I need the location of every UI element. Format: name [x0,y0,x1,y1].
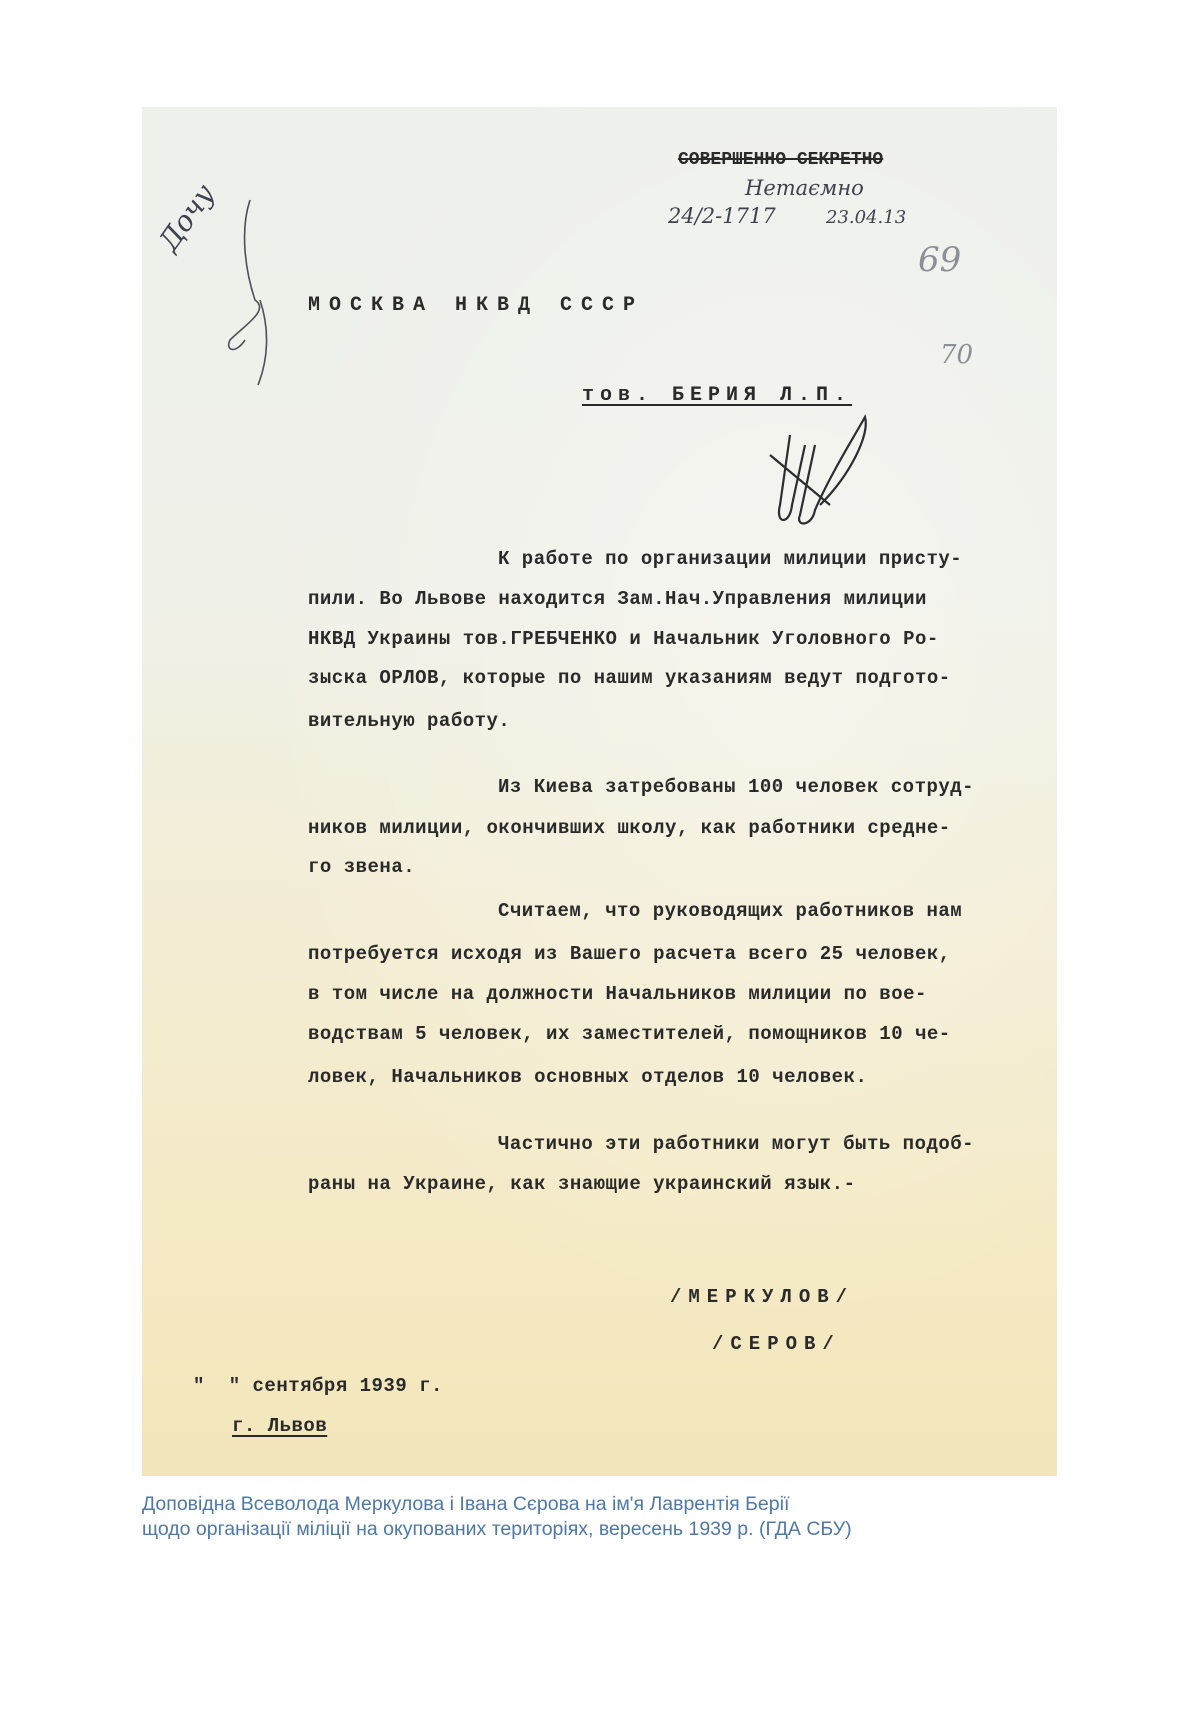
body-line: го звена. [308,856,415,878]
handwritten-page-number: 69 [918,240,961,280]
caption-line-2: щодо організації міліції на окупованих т… [142,1517,1062,1542]
body-line: раны на Украине, как знающие украинский … [308,1173,856,1195]
body-line: потребуется исходя из Вашего расчета все… [308,943,951,965]
body-line: Частично эти работники могут быть подоб- [498,1133,974,1155]
body-line: ловек, Начальников основных отделов 10 ч… [308,1066,867,1088]
caption-line-1: Доповідна Всеволода Меркулова і Івана Сє… [142,1492,1062,1517]
body-line: зыска ОРЛОВ, которые по нашим указаниям … [308,667,951,689]
document-date: " " сентября 1939 г. [193,1375,443,1397]
handwritten-reference: 24/2-1717 [668,204,776,228]
handwritten-page-number-secondary: 70 [940,340,973,370]
handwritten-resolution-signature [760,415,880,530]
body-line: К работе по организации милиции присту- [498,548,962,570]
document-place: г. Львов [232,1415,327,1437]
body-line: НКВД Украины тов.ГРЕБЧЕНКО и Начальник У… [308,628,939,650]
body-line: вительную работу. [308,710,510,732]
body-line: водствам 5 человек, их заместителей, пом… [308,1023,951,1045]
addressee-line-2: тов. БЕРИЯ Л.П. [582,384,852,407]
handwritten-declassification: Нетаємно [745,176,864,200]
classification-stamp: СОВЕРШЕННО СЕКРЕТНО [678,150,883,170]
image-caption: Доповідна Всеволода Меркулова і Івана Сє… [142,1492,1062,1542]
body-line: в том числе на должности Начальников мил… [308,983,927,1005]
handwritten-date: 23.04.13 [826,207,906,228]
body-line: Из Киева затребованы 100 человек сотруд- [498,776,974,798]
body-line: пили. Во Львове находится Зам.Нач.Управл… [308,588,927,610]
addressee-line-1: МОСКВА НКВД СССР [308,294,644,317]
handwritten-margin-stroke [200,190,290,390]
signature-serov: /СЕРОВ/ [712,1333,841,1355]
body-line: ников милиции, окончивших школу, как раб… [308,817,951,839]
signature-merkulov: /МЕРКУЛОВ/ [670,1286,854,1308]
body-line: Считаем, что руководящих работников нам [498,900,962,922]
